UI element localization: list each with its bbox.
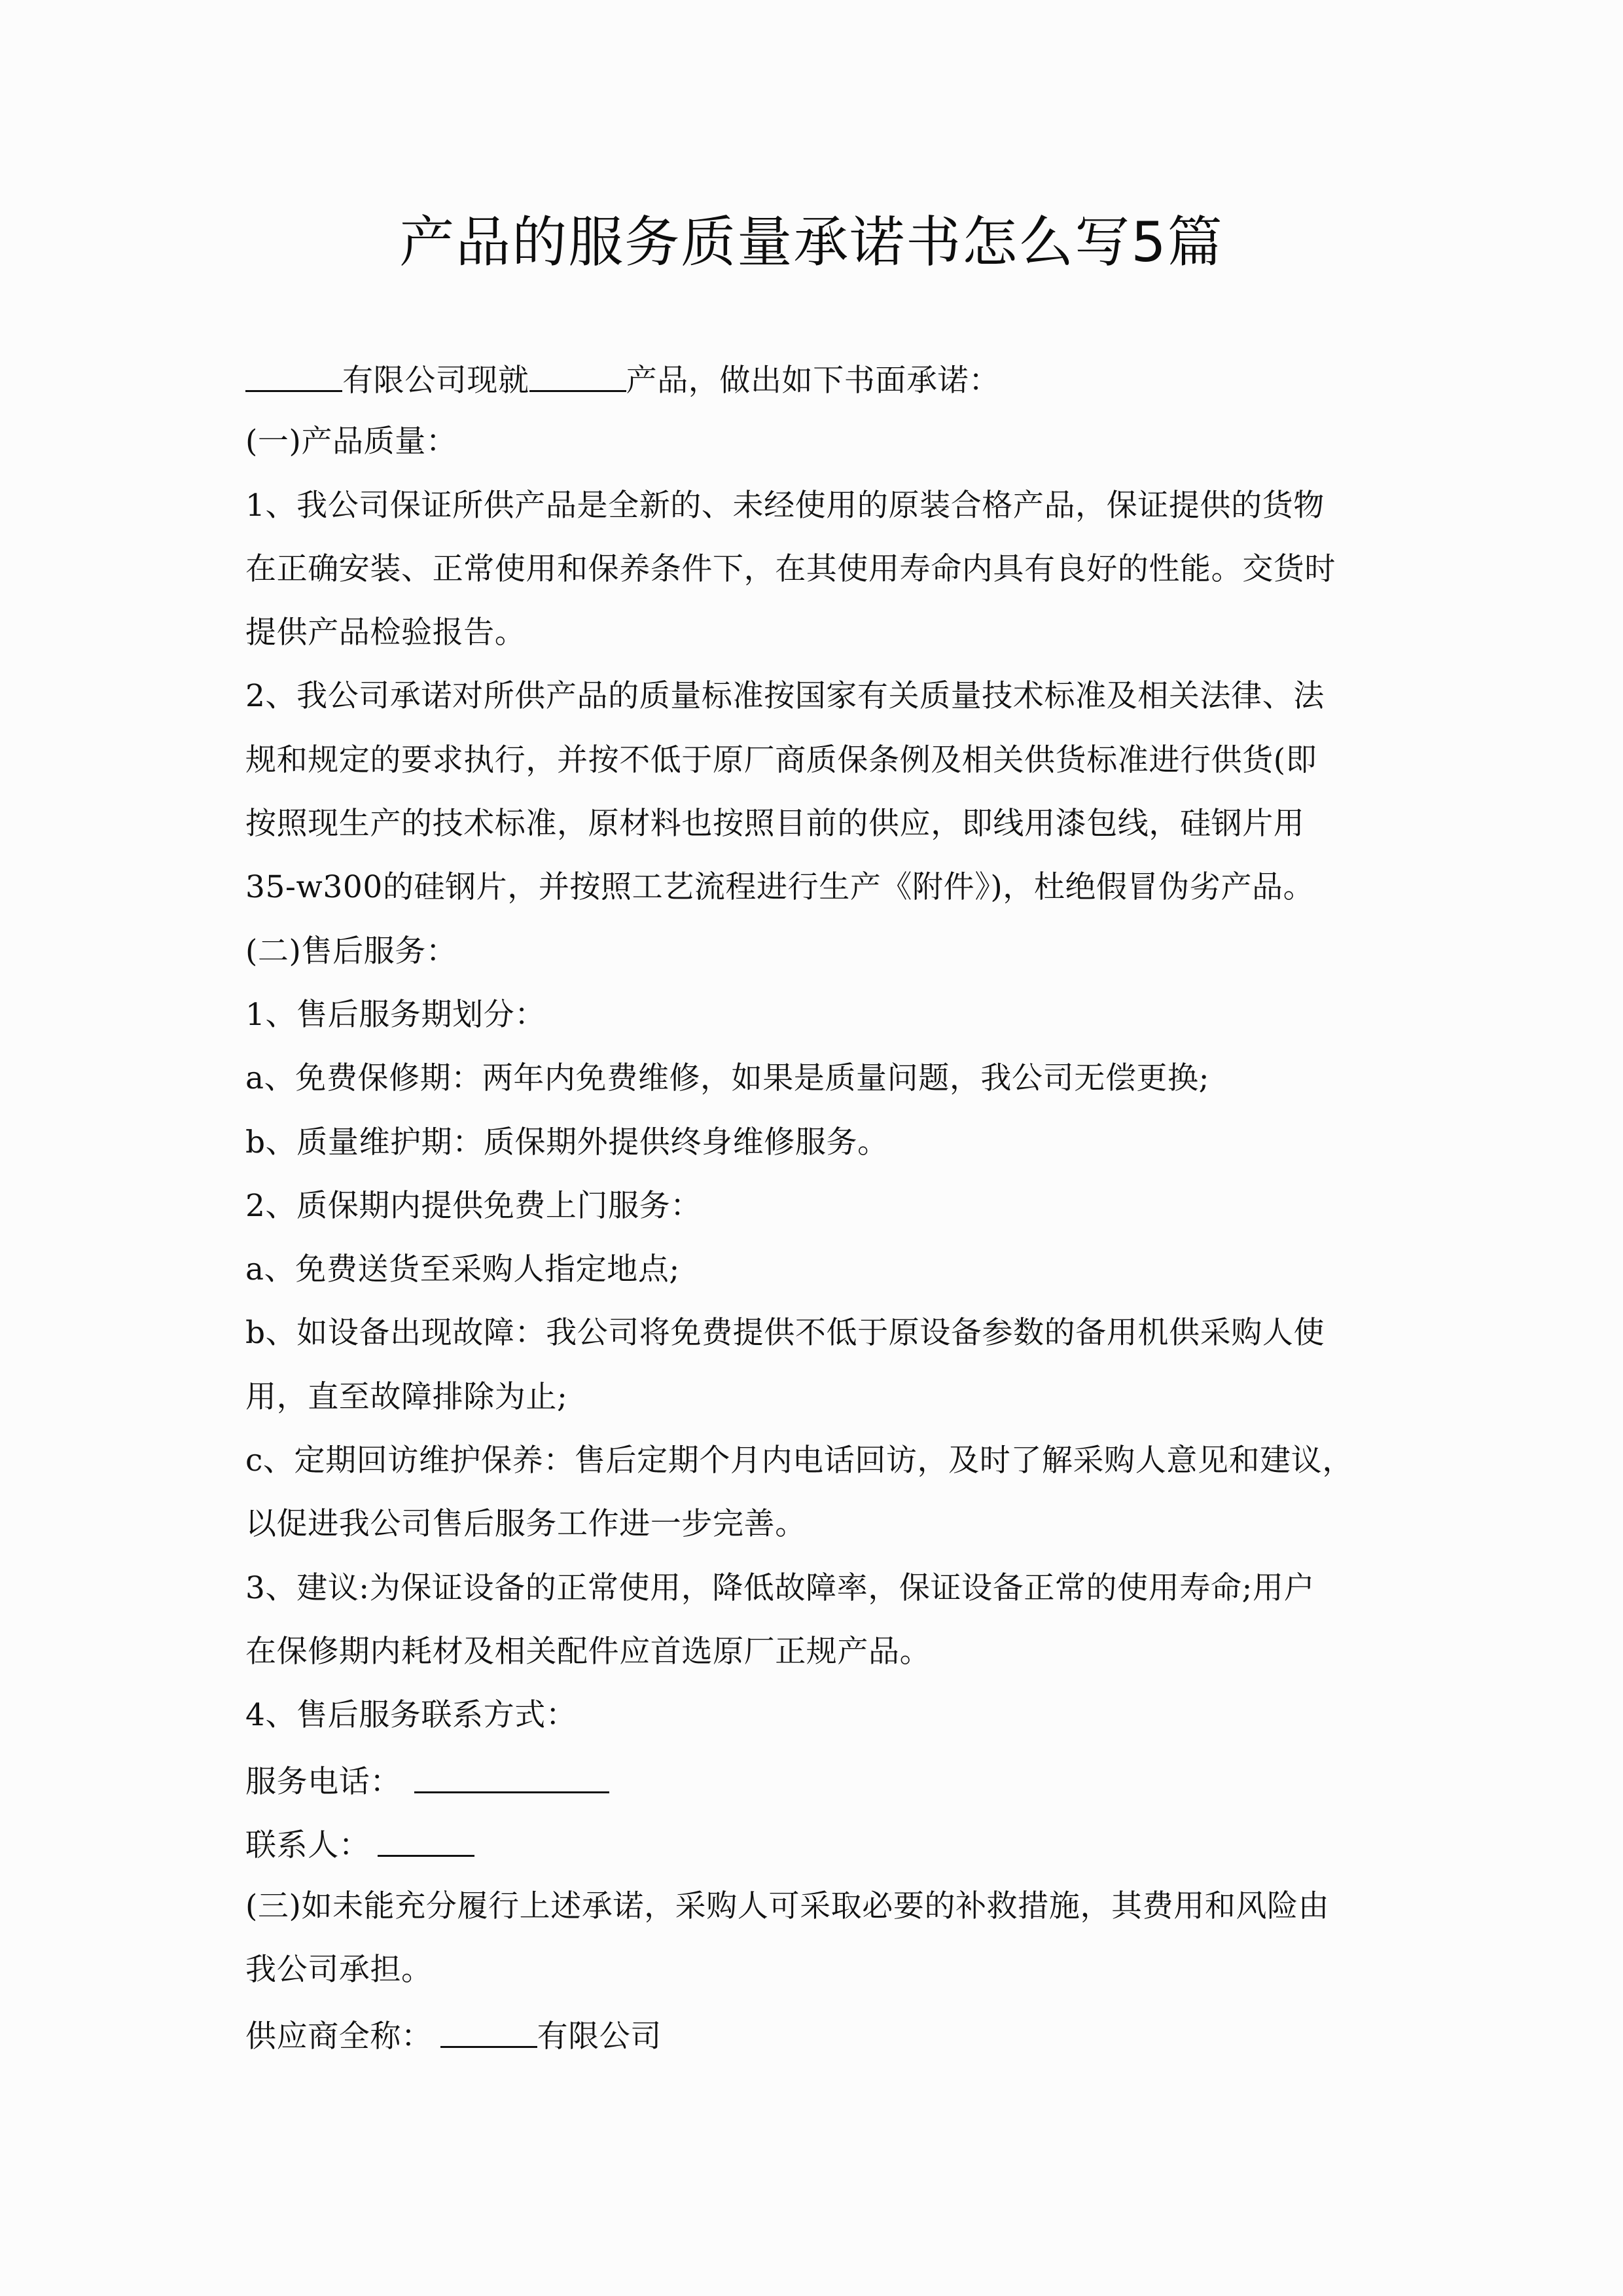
paragraph-line: 2、我公司承诺对所供产品的质量标准按国家有关质量技术标准及相关法律、法 [245, 677, 1397, 740]
service-phone-line: 服务电话： [245, 1760, 1397, 1823]
contact-person-field[interactable] [378, 1823, 474, 1857]
section-heading-after-sales: (二)售后服务： [245, 932, 1397, 996]
paragraph-line: (三)如未能充分履行上述承诺，采购人可采取必要的补救措施，其费用和风险由 [245, 1887, 1397, 1950]
paragraph-line: 规和规定的要求执行，并按不低于原厂商质保条例及相关供货标准进行供货(即 [245, 741, 1397, 804]
document-body: 有限公司现就产品，做出如下书面承诺： (一)产品质量： 1、我公司保证所供产品是… [245, 359, 1397, 2078]
paragraph-line: 4、售后服务联系方式： [245, 1696, 1397, 1759]
contact-person-line: 联系人： [245, 1823, 1397, 1887]
paragraph-line: 1、我公司保证所供产品是全新的、未经使用的原装合格产品，保证提供的货物 [245, 486, 1397, 550]
service-phone-field[interactable] [414, 1760, 609, 1793]
paragraph-line: 在正确安装、正常使用和保养条件下，在其使用寿命内具有良好的性能。交货时 [245, 550, 1397, 613]
contact-person-label: 联系人： [245, 1827, 370, 1863]
document-title: 产品的服务质量承诺书怎么写5篇 [0, 196, 1623, 288]
paragraph-line: 35-w300的硅钢片，并按照工艺流程进行生产《附件》)，杜绝假冒伪劣产品。 [245, 868, 1397, 931]
paragraph-line: 3、建议:为保证设备的正常使用，降低故障率，保证设备正常的使用寿命;用户 [245, 1569, 1397, 1632]
supplier-name-field[interactable] [440, 2015, 537, 2048]
document-page: 产品的服务质量承诺书怎么写5篇 有限公司现就产品，做出如下书面承诺： (一)产品… [0, 0, 1623, 2296]
paragraph-line: 1、售后服务期划分： [245, 996, 1397, 1059]
intro-text-1: 有限公司现就 [342, 363, 529, 399]
supplier-name-suffix: 有限公司 [537, 2018, 662, 2054]
supplier-name-label: 供应商全称： [245, 2018, 433, 2054]
paragraph-line: a、免费保修期：两年内免费维修，如果是质量问题，我公司无偿更换; [245, 1059, 1397, 1122]
product-name-blank[interactable] [529, 359, 626, 392]
service-phone-label: 服务电话： [245, 1764, 401, 1800]
paragraph-line: 2、质保期内提供免费上门服务： [245, 1187, 1397, 1250]
paragraph-line: 按照现生产的技术标准，原材料也按照目前的供应，即线用漆包线，硅钢片用 [245, 804, 1397, 868]
supplier-name-line: 供应商全称：有限公司 [245, 2015, 1397, 2078]
section-heading-product-quality: (一)产品质量： [245, 422, 1397, 486]
company-name-blank[interactable] [245, 359, 342, 392]
paragraph-line: 以促进我公司售后服务工作进一步完善。 [245, 1505, 1397, 1568]
paragraph-line: 我公司承担。 [245, 1950, 1397, 2014]
intro-text-2: 产品，做出如下书面承诺： [626, 363, 1000, 399]
paragraph-line: c、定期回访维护保养：售后定期个月内电话回访，及时了解采购人意见和建议， [245, 1441, 1397, 1505]
paragraph-line: a、免费送货至采购人指定地点; [245, 1250, 1397, 1314]
paragraph-line: 用，直至故障排除为止; [245, 1378, 1397, 1441]
paragraph-line: b、如设备出现故障：我公司将免费提供不低于原设备参数的备用机供采购人使 [245, 1314, 1397, 1377]
paragraph-line: b、质量维护期：质保期外提供终身维修服务。 [245, 1123, 1397, 1187]
intro-line: 有限公司现就产品，做出如下书面承诺： [245, 359, 1397, 422]
paragraph-line: 提供产品检验报告。 [245, 613, 1397, 677]
paragraph-line: 在保修期内耗材及相关配件应首选原厂正规产品。 [245, 1632, 1397, 1696]
